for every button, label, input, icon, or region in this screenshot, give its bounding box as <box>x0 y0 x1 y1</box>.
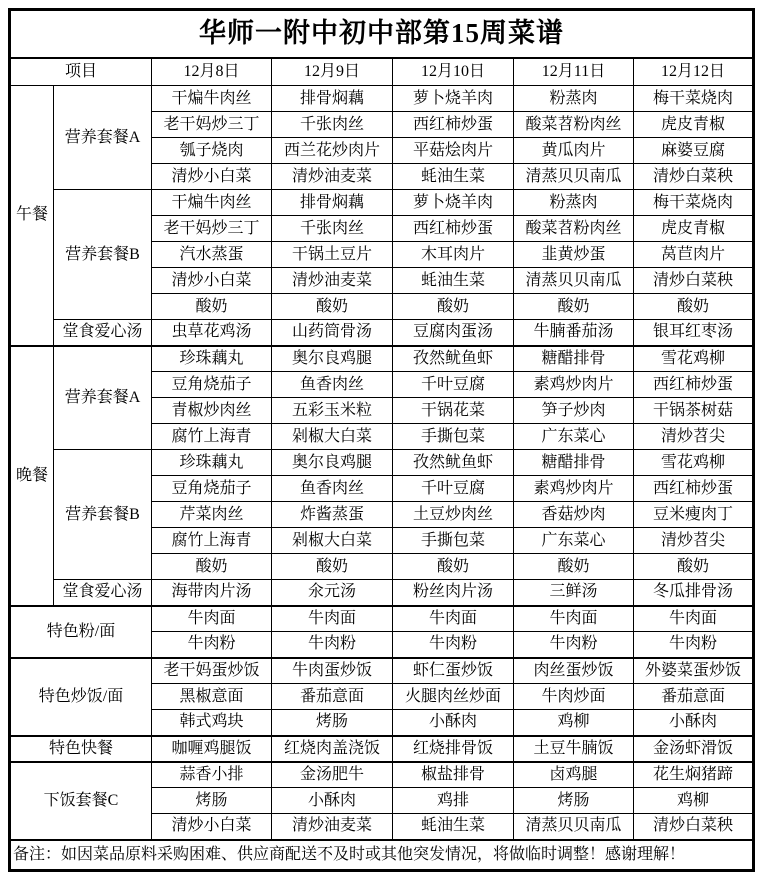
menu-item-cell: 孜然鱿鱼虾 <box>393 450 514 476</box>
menu-item-cell: 冬瓜排骨汤 <box>634 580 754 606</box>
menu-item-cell: 豆角烧茄子 <box>152 476 272 502</box>
menu-item-cell: 素鸡炒肉片 <box>514 476 634 502</box>
menu-item-cell: 排骨焖藕 <box>272 86 393 112</box>
menu-item-cell: 腐竹上海青 <box>152 424 272 450</box>
menu-item-cell: 豆腐肉蛋汤 <box>393 320 514 346</box>
menu-item-cell: 土豆炒肉丝 <box>393 502 514 528</box>
menu-item-cell: 牛腩番茄汤 <box>514 320 634 346</box>
menu-item-cell: 清炒小白菜 <box>152 814 272 840</box>
menu-item-cell: 酸奶 <box>152 294 272 320</box>
menu-item-cell: 粉蒸肉 <box>514 86 634 112</box>
menu-item-cell: 红烧排骨饭 <box>393 736 514 762</box>
menu-item-cell: 清炒油麦菜 <box>272 164 393 190</box>
menu-item-cell: 土豆牛腩饭 <box>514 736 634 762</box>
menu-item-cell: 粉丝肉片汤 <box>393 580 514 606</box>
column-header-day: 12月10日 <box>393 58 514 86</box>
column-header-item: 项目 <box>10 58 152 86</box>
menu-item-cell: 千叶豆腐 <box>393 476 514 502</box>
menu-item-cell: 干锅土豆片 <box>272 242 393 268</box>
header-row: 项目 12月8日 12月9日 12月10日 12月11日 12月12日 <box>10 58 754 86</box>
menu-item-cell: 番茄意面 <box>272 684 393 710</box>
note-text: 备注：如因菜品原料采购困难、供应商配送不及时或其他突发情况，将做临时调整！感谢理… <box>10 840 754 871</box>
menu-item-cell: 清炒油麦菜 <box>272 814 393 840</box>
menu-item-cell: 清炒油麦菜 <box>272 268 393 294</box>
menu-item-cell: 萝卜烧羊肉 <box>393 190 514 216</box>
menu-item-cell: 平菇烩肉片 <box>393 138 514 164</box>
menu-item-cell: 金汤虾滑饭 <box>634 736 754 762</box>
menu-row: 午餐营养套餐A干煸牛肉丝排骨焖藕萝卜烧羊肉粉蒸肉梅干菜烧肉 <box>10 86 754 112</box>
menu-item-cell: 番茄意面 <box>634 684 754 710</box>
menu-item-cell: 香菇炒肉 <box>514 502 634 528</box>
menu-item-cell: 西红柿炒蛋 <box>634 372 754 398</box>
menu-item-cell: 牛肉炒面 <box>514 684 634 710</box>
menu-item-cell: 手撕包菜 <box>393 424 514 450</box>
menu-item-cell: 牛肉面 <box>514 606 634 632</box>
menu-row: 营养套餐B珍珠藕丸奥尔良鸡腿孜然鱿鱼虾糖醋排骨雪花鸡柳 <box>10 450 754 476</box>
menu-item-cell: 肉丝蛋炒饭 <box>514 658 634 684</box>
menu-item-cell: 酸菜苕粉肉丝 <box>514 216 634 242</box>
menu-item-cell: 剁椒大白菜 <box>272 528 393 554</box>
menu-item-cell: 干锅花菜 <box>393 398 514 424</box>
menu-item-cell: 广东菜心 <box>514 424 634 450</box>
menu-item-cell: 银耳红枣汤 <box>634 320 754 346</box>
menu-row: 特色粉/面牛肉面牛肉面牛肉面牛肉面牛肉面 <box>10 606 754 632</box>
menu-item-cell: 老干妈炒三丁 <box>152 216 272 242</box>
menu-item-cell: 牛肉面 <box>152 606 272 632</box>
menu-item-cell: 椒盐排骨 <box>393 762 514 788</box>
menu-item-cell: 酸奶 <box>514 554 634 580</box>
menu-item-cell: 笋子炒肉 <box>514 398 634 424</box>
menu-item-cell: 清蒸贝贝南瓜 <box>514 164 634 190</box>
menu-item-cell: 氽元汤 <box>272 580 393 606</box>
menu-item-cell: 麻婆豆腐 <box>634 138 754 164</box>
menu-item-cell: 韭黄炒蛋 <box>514 242 634 268</box>
menu-item-cell: 虎皮青椒 <box>634 112 754 138</box>
menu-item-cell: 雪花鸡柳 <box>634 346 754 372</box>
menu-item-cell: 清炒小白菜 <box>152 164 272 190</box>
menu-item-cell: 汽水蒸蛋 <box>152 242 272 268</box>
group-label-cell: 营养套餐B <box>54 190 152 320</box>
menu-item-cell: 清炒小白菜 <box>152 268 272 294</box>
menu-item-cell: 珍珠藕丸 <box>152 450 272 476</box>
section-label-cell: 特色快餐 <box>10 736 152 762</box>
menu-item-cell: 海带肉片汤 <box>152 580 272 606</box>
menu-item-cell: 芹菜肉丝 <box>152 502 272 528</box>
menu-item-cell: 虾仁蛋炒饭 <box>393 658 514 684</box>
menu-item-cell: 韩式鸡块 <box>152 710 272 736</box>
page: { "title": "华师一附中初中部第15周菜谱", "header": {… <box>0 0 760 874</box>
menu-item-cell: 千张肉丝 <box>272 216 393 242</box>
group-label-cell: 营养套餐A <box>54 86 152 190</box>
menu-item-cell: 清炒白菜秧 <box>634 268 754 294</box>
menu-item-cell: 酸奶 <box>152 554 272 580</box>
menu-item-cell: 素鸡炒肉片 <box>514 372 634 398</box>
menu-item-cell: 老干妈蛋炒饭 <box>152 658 272 684</box>
menu-item-cell: 排骨焖藕 <box>272 190 393 216</box>
menu-item-cell: 萝卜烧羊肉 <box>393 86 514 112</box>
column-header-day: 12月9日 <box>272 58 393 86</box>
title-row: 华师一附中初中部第15周菜谱 <box>10 10 754 59</box>
menu-row: 特色快餐咖喱鸡腿饭红烧肉盖浇饭红烧排骨饭土豆牛腩饭金汤虾滑饭 <box>10 736 754 762</box>
menu-row: 下饭套餐C蒜香小排金汤肥牛椒盐排骨卤鸡腿花生焖猪蹄 <box>10 762 754 788</box>
menu-item-cell: 牛肉粉 <box>514 632 634 658</box>
menu-item-cell: 卤鸡腿 <box>514 762 634 788</box>
menu-item-cell: 牛肉粉 <box>634 632 754 658</box>
menu-row: 特色炒饭/面老干妈蛋炒饭牛肉蛋炒饭虾仁蛋炒饭肉丝蛋炒饭外婆菜蛋炒饭 <box>10 658 754 684</box>
menu-item-cell: 小酥肉 <box>272 788 393 814</box>
menu-item-cell: 酸奶 <box>514 294 634 320</box>
menu-item-cell: 广东菜心 <box>514 528 634 554</box>
menu-item-cell: 干煸牛肉丝 <box>152 86 272 112</box>
menu-item-cell: 酸奶 <box>272 294 393 320</box>
menu-item-cell: 孜然鱿鱼虾 <box>393 346 514 372</box>
column-header-day: 12月12日 <box>634 58 754 86</box>
weekly-menu-table: 华师一附中初中部第15周菜谱 项目 12月8日 12月9日 12月10日 12月… <box>8 8 755 872</box>
menu-item-cell: 梅干菜烧肉 <box>634 86 754 112</box>
column-header-day: 12月8日 <box>152 58 272 86</box>
menu-item-cell: 清炒白菜秧 <box>634 814 754 840</box>
menu-item-cell: 蚝油生菜 <box>393 268 514 294</box>
menu-item-cell: 手撕包菜 <box>393 528 514 554</box>
menu-item-cell: 酸菜苕粉肉丝 <box>514 112 634 138</box>
menu-item-cell: 牛肉粉 <box>272 632 393 658</box>
menu-item-cell: 清蒸贝贝南瓜 <box>514 268 634 294</box>
menu-item-cell: 粉蒸肉 <box>514 190 634 216</box>
menu-item-cell: 外婆菜蛋炒饭 <box>634 658 754 684</box>
menu-item-cell: 酸奶 <box>393 294 514 320</box>
menu-item-cell: 雪花鸡柳 <box>634 450 754 476</box>
menu-item-cell: 虫草花鸡汤 <box>152 320 272 346</box>
menu-item-cell: 五彩玉米粒 <box>272 398 393 424</box>
menu-item-cell: 千叶豆腐 <box>393 372 514 398</box>
menu-item-cell: 西红柿炒蛋 <box>393 112 514 138</box>
menu-item-cell: 奥尔良鸡腿 <box>272 346 393 372</box>
meal-label-cell: 晚餐 <box>10 346 54 606</box>
note-row: 备注：如因菜品原料采购困难、供应商配送不及时或其他突发情况，将做临时调整！感谢理… <box>10 840 754 871</box>
menu-item-cell: 青椒炒肉丝 <box>152 398 272 424</box>
menu-item-cell: 鸡柳 <box>514 710 634 736</box>
menu-item-cell: 烤肠 <box>152 788 272 814</box>
menu-item-cell: 牛肉面 <box>393 606 514 632</box>
menu-item-cell: 西红柿炒蛋 <box>634 476 754 502</box>
menu-item-cell: 牛肉面 <box>272 606 393 632</box>
menu-item-cell: 清炒白菜秧 <box>634 164 754 190</box>
section-label-cell: 特色炒饭/面 <box>10 658 152 736</box>
menu-item-cell: 西红柿炒蛋 <box>393 216 514 242</box>
menu-item-cell: 金汤肥牛 <box>272 762 393 788</box>
menu-row: 晚餐营养套餐A珍珠藕丸奥尔良鸡腿孜然鱿鱼虾糖醋排骨雪花鸡柳 <box>10 346 754 372</box>
menu-item-cell: 木耳肉片 <box>393 242 514 268</box>
menu-item-cell: 清炒苕尖 <box>634 424 754 450</box>
menu-item-cell: 梅干菜烧肉 <box>634 190 754 216</box>
menu-row: 营养套餐B干煸牛肉丝排骨焖藕萝卜烧羊肉粉蒸肉梅干菜烧肉 <box>10 190 754 216</box>
group-label-cell: 营养套餐B <box>54 450 152 580</box>
section-label-cell: 特色粉/面 <box>10 606 152 658</box>
menu-item-cell: 莴苣肉片 <box>634 242 754 268</box>
menu-item-cell: 珍珠藕丸 <box>152 346 272 372</box>
menu-item-cell: 黑椒意面 <box>152 684 272 710</box>
menu-item-cell: 炸酱蒸蛋 <box>272 502 393 528</box>
menu-item-cell: 酸奶 <box>634 554 754 580</box>
menu-item-cell: 烤肠 <box>514 788 634 814</box>
menu-item-cell: 干煸牛肉丝 <box>152 190 272 216</box>
menu-item-cell: 三鲜汤 <box>514 580 634 606</box>
menu-item-cell: 牛肉粉 <box>393 632 514 658</box>
menu-item-cell: 蒜香小排 <box>152 762 272 788</box>
menu-item-cell: 红烧肉盖浇饭 <box>272 736 393 762</box>
menu-item-cell: 烤肠 <box>272 710 393 736</box>
group-label-cell: 营养套餐A <box>54 346 152 450</box>
menu-row: 堂食爱心汤海带肉片汤氽元汤粉丝肉片汤三鲜汤冬瓜排骨汤 <box>10 580 754 606</box>
menu-item-cell: 剁椒大白菜 <box>272 424 393 450</box>
menu-item-cell: 鸡排 <box>393 788 514 814</box>
menu-item-cell: 糖醋排骨 <box>514 346 634 372</box>
menu-item-cell: 干锅茶树菇 <box>634 398 754 424</box>
menu-item-cell: 花生焖猪蹄 <box>634 762 754 788</box>
menu-item-cell: 火腿肉丝炒面 <box>393 684 514 710</box>
menu-item-cell: 千张肉丝 <box>272 112 393 138</box>
menu-row: 堂食爱心汤虫草花鸡汤山药筒骨汤豆腐肉蛋汤牛腩番茄汤银耳红枣汤 <box>10 320 754 346</box>
meal-label-cell: 午餐 <box>10 86 54 346</box>
menu-item-cell: 糖醋排骨 <box>514 450 634 476</box>
menu-item-cell: 黄瓜肉片 <box>514 138 634 164</box>
section-label-cell: 下饭套餐C <box>10 762 152 840</box>
group-label-cell: 堂食爱心汤 <box>54 580 152 606</box>
menu-item-cell: 牛肉面 <box>634 606 754 632</box>
menu-item-cell: 酸奶 <box>634 294 754 320</box>
menu-item-cell: 西兰花炒肉片 <box>272 138 393 164</box>
menu-item-cell: 鸡柳 <box>634 788 754 814</box>
column-header-day: 12月11日 <box>514 58 634 86</box>
page-title: 华师一附中初中部第15周菜谱 <box>10 10 754 59</box>
menu-item-cell: 鱼香肉丝 <box>272 476 393 502</box>
menu-item-cell: 牛肉粉 <box>152 632 272 658</box>
menu-item-cell: 清蒸贝贝南瓜 <box>514 814 634 840</box>
menu-item-cell: 小酥肉 <box>393 710 514 736</box>
group-label-cell: 堂食爱心汤 <box>54 320 152 346</box>
menu-item-cell: 蚝油生菜 <box>393 164 514 190</box>
menu-item-cell: 咖喱鸡腿饭 <box>152 736 272 762</box>
menu-item-cell: 酸奶 <box>393 554 514 580</box>
menu-item-cell: 清炒苕尖 <box>634 528 754 554</box>
menu-item-cell: 牛肉蛋炒饭 <box>272 658 393 684</box>
menu-item-cell: 奥尔良鸡腿 <box>272 450 393 476</box>
menu-item-cell: 瓠子烧肉 <box>152 138 272 164</box>
menu-item-cell: 鱼香肉丝 <box>272 372 393 398</box>
menu-item-cell: 老干妈炒三丁 <box>152 112 272 138</box>
menu-item-cell: 豆米瘦肉丁 <box>634 502 754 528</box>
menu-item-cell: 蚝油生菜 <box>393 814 514 840</box>
menu-item-cell: 小酥肉 <box>634 710 754 736</box>
menu-item-cell: 虎皮青椒 <box>634 216 754 242</box>
menu-item-cell: 山药筒骨汤 <box>272 320 393 346</box>
menu-item-cell: 腐竹上海青 <box>152 528 272 554</box>
menu-item-cell: 豆角烧茄子 <box>152 372 272 398</box>
menu-item-cell: 酸奶 <box>272 554 393 580</box>
